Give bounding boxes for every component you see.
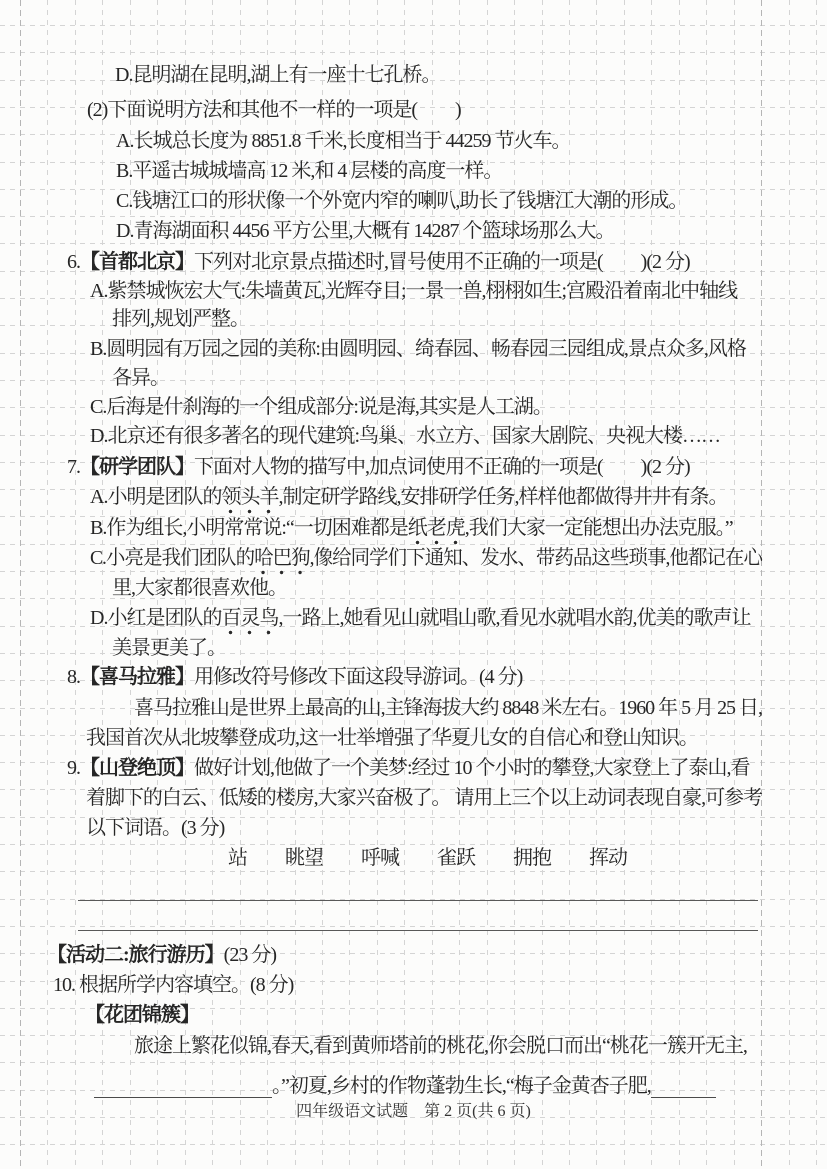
text-line: 各异。 [112,363,169,393]
text-span: 各异。 [112,367,169,389]
text-line: A.长城总长度为 8851.8 千米,长度相当于 44259 节火车。 [116,126,570,156]
text-span: B.圆明园有万园之园的美称:由圆明园、绮春园、畅春园三园组成,景点众多,风格 [90,338,746,360]
text-span: D.北京还有很多著名的现代建筑:鸟巢、水立方、国家大剧院、央视大楼…… [90,425,720,447]
text-span: 下列对北京景点描述时,冒号使用不正确的一项是( )(2 分) [194,251,690,273]
section-tag: 【首都北京】 [80,251,194,273]
emphasized-word: 哈巴狗 [254,547,310,575]
fill-blank [94,1073,272,1098]
text-span: 喜马拉雅山是世界上最高的山,主锋海拔大约 8848 米左右。1960 年 5 月… [134,697,762,719]
text-line: 我国首次从北坡攀登成功,这一壮举增强了华夏儿女的自信心和登山知识。 [86,723,698,753]
text-line: C.钱塘江口的形状像一个外宽内窄的喇叭,助长了钱塘江大潮的形成。 [116,186,687,216]
text-span: 下面对人物的描写中,加点词使用不正确的一项是( )(2 分) [194,456,690,478]
text-span: 里,大家都很喜欢他。 [112,577,287,599]
text-span: ,一路上,她看见山就唱山歌,看见水就唱水韵,优美的歌声让 [278,607,750,629]
text-line: 着脚下的白云、低矮的楼房,大家兴奋极了。 请用上三个以上动词表现自豪,可参考 [86,783,762,813]
text-line: 8.【喜马拉雅】用修改符号修改下面这段导游词。(4 分) [67,662,522,692]
text-line: D.昆明湖在昆明,湖上有一座十七孔桥。 [115,60,440,90]
text-span: 以下词语。(3 分) [86,817,224,839]
text-line: 美景更美了。 [112,633,226,663]
text-line: A.紫禁城恢宏大气:朱墙黄瓦,光辉夺目;一景一兽,栩栩如生;宫殿沿着南北中轴线 [90,276,737,306]
text-line: A.小明是团队的领头羊,制定研学路线,安排研学任务,样样他都做得井井有条。 [90,482,727,512]
section-tag: 【花团锦簇】 [85,1004,199,1026]
section-tag: 【活动二:旅行游历】 [47,944,224,966]
text-line: 排列,规划严整。 [112,304,249,334]
text-line: B.作为组长,小明常常说:“一切困难都是纸老虎,我们大家一定能想出办法克服。” [90,513,733,543]
text-span: 7. [67,456,80,478]
text-line: D.青海湖面积 4456 平方公里,大概有 14287 个篮球场那么大。 [116,216,614,246]
text-span: A.紫禁城恢宏大气:朱墙黄瓦,光辉夺目;一景一兽,栩栩如生;宫殿沿着南北中轴线 [90,280,737,302]
text-line: 。”初夏,乡村的作物蓬勃生长,“梅子金黄杏子肥, [94,1071,716,1101]
page-footer: 四年级语文试题 第 2 页(共 6 页) [0,1100,827,1124]
answer-line [78,900,758,901]
text-span: ,我们大家一定能想出办法克服。” [465,517,733,539]
text-line: D.小红是团队的百灵鸟,一路上,她看见山就唱山歌,看见水就唱水韵,优美的歌声让 [90,603,750,633]
text-span: 做好计划,他做了一个美梦:经过 10 个小时的攀登,大家登上了泰山,看 [194,757,750,779]
text-span: C.钱塘江口的形状像一个外宽内窄的喇叭,助长了钱塘江大潮的形成。 [116,190,687,212]
text-span: B.平遥古城城墙高 12 米,和 4 层楼的高度一样。 [116,160,502,182]
text-line: 6.【首都北京】下列对北京景点描述时,冒号使用不正确的一项是( )(2 分) [67,247,690,277]
text-line: 里,大家都很喜欢他。 [112,573,287,603]
text-span: C.小亮是我们团队的 [90,547,254,569]
text-span: 6. [67,251,80,273]
text-span: 8. [67,666,80,688]
text-span: D.昆明湖在昆明,湖上有一座十七孔桥。 [115,64,440,86]
content: D.昆明湖在昆明,湖上有一座十七孔桥。(2)下面说明方法和其他不一样的一项是( … [0,0,827,1169]
text-line: C.小亮是我们团队的哈巴狗,像给同学们下通知、发水、带药品这些琐事,他都记在心 [90,543,762,573]
text-line: B.圆明园有万园之园的美称:由圆明园、绮春园、畅春园三园组成,景点众多,风格 [90,334,746,364]
text-line: 喜马拉雅山是世界上最高的山,主锋海拔大约 8848 米左右。1960 年 5 月… [134,693,762,723]
text-span: 我国首次从北坡攀登成功,这一壮举增强了华夏儿女的自信心和登山知识。 [86,727,698,749]
text-span: D.青海湖面积 4456 平方公里,大概有 14287 个篮球场那么大。 [116,220,614,242]
text-span: 着脚下的白云、低矮的楼房,大家兴奋极了。 请用上三个以上动词表现自豪,可参考 [86,787,762,809]
emphasized-word: 百灵鸟 [221,607,278,635]
text-span: A.长城总长度为 8851.8 千米,长度相当于 44259 节火车。 [116,130,570,152]
text-span: 10. 根据所学内容填空。(8 分) [53,974,293,996]
text-line: C.后海是什刹海的一个组成部分:说是海,其实是人工湖。 [90,392,552,422]
section-tag: 【喜马拉雅】 [80,666,194,688]
text-line: 【花团锦簇】 [85,1000,199,1030]
text-span: 9. [67,757,80,779]
text-span: ,像给同学们下通知、发水、带药品这些琐事,他都记在心 [310,547,762,569]
section-tag: 【研学团队】 [80,456,194,478]
text-span: 用修改符号修改下面这段导游词。(4 分) [194,666,522,688]
text-span: C.后海是什刹海的一个组成部分:说是海,其实是人工湖。 [90,396,552,418]
section-tag: 【山登绝顶】 [80,757,194,779]
text-span: 旅途上繁花似锦,春天,看到黄师塔前的桃花,你会脱口而出“桃花一簇开无主, [134,1035,747,1057]
text-line: B.平遥古城城墙高 12 米,和 4 层楼的高度一样。 [116,156,502,186]
text-line: 9.【山登绝顶】做好计划,他做了一个美梦:经过 10 个小时的攀登,大家登上了泰… [67,753,750,783]
text-line: (2)下面说明方法和其他不一样的一项是( ) [87,95,461,125]
emphasized-word: 纸老虎 [408,517,465,545]
text-span: D.小红是团队的 [90,607,221,629]
text-line: 旅途上繁花似锦,春天,看到黄师塔前的桃花,你会脱口而出“桃花一簇开无主, [134,1031,747,1061]
text-line: 【活动二:旅行游历】(23 分) [47,940,276,970]
text-line: 以下词语。(3 分) [86,813,224,843]
text-line: 7.【研学团队】下面对人物的描写中,加点词使用不正确的一项是( )(2 分) [67,452,690,482]
text-span: (2)下面说明方法和其他不一样的一项是( ) [87,99,461,121]
text-span: 。”初夏,乡村的作物蓬勃生长,“梅子金黄杏子肥, [272,1075,651,1097]
text-span: ,制定研学路线,安排研学任务,样样他都做得井井有条。 [278,486,727,508]
text-line: D.北京还有很多著名的现代建筑:鸟巢、水立方、国家大剧院、央视大楼…… [90,421,720,451]
text-span: B.作为组长,小明常常说:“一切困难都是 [90,517,408,539]
emphasized-word: 领头羊 [221,486,278,514]
text-span: (23 分) [224,944,276,966]
text-span: A.小明是团队的 [90,486,221,508]
exam-page: D.昆明湖在昆明,湖上有一座十七孔桥。(2)下面说明方法和其他不一样的一项是( … [0,0,827,1169]
text-span: 站 眺望 呼喊 雀跃 拥抱 挥动 [228,847,627,869]
answer-line [78,930,758,931]
text-line: 站 眺望 呼喊 雀跃 拥抱 挥动 [228,843,627,873]
text-span: 美景更美了。 [112,637,226,659]
text-span: 排列,规划严整。 [112,308,249,330]
text-line: 10. 根据所学内容填空。(8 分) [53,970,293,1000]
fill-blank [651,1073,716,1098]
